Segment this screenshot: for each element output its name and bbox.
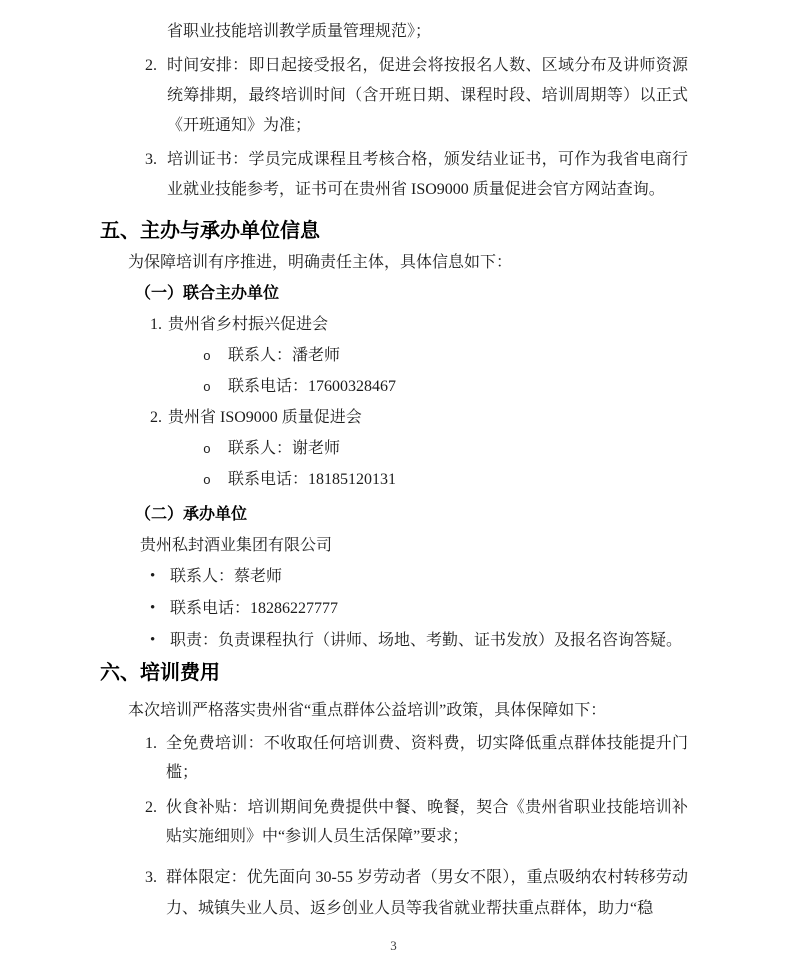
subsection-heading-2: （二）承办单位 xyxy=(100,499,688,530)
organizer-name: 贵州省 ISO9000 质量促进会 xyxy=(168,402,688,433)
list-item-text: 培训证书：学员完成课程且考核合格，颁发结业证书，可作为我省电商行业就业技能参考，… xyxy=(167,145,688,205)
circle-bullet: o xyxy=(203,434,211,465)
contact-text: 联系人：潘老师 xyxy=(228,340,688,371)
list-item-number: 2. xyxy=(145,51,157,81)
fee-item: 1. 全免费培训：不收取任何培训费、资料费，切实降低重点群体技能提升门槛； xyxy=(100,729,688,787)
list-item-number: 3. xyxy=(145,145,157,175)
detail-text: 联系人：蔡老师 xyxy=(170,561,688,593)
section-heading-5: 五、主办与承办单位信息 xyxy=(100,215,688,247)
dot-bullet: • xyxy=(150,592,155,624)
organizer-item: 1. 贵州省乡村振兴促进会 xyxy=(100,309,688,340)
document-content: 省职业技能培训教学质量管理规范》； 2. 时间安排：即日起接受报名，促进会将按报… xyxy=(100,15,688,924)
fee-item-text: 全免费培训：不收取任何培训费、资料费，切实降低重点群体技能提升门槛； xyxy=(166,729,688,787)
fee-item: 2. 伙食补贴：培训期间免费提供中餐、晚餐，契合《贵州省职业技能培训补贴实施细则… xyxy=(100,793,688,851)
list-item-number: 2. xyxy=(150,402,162,433)
contact-text: 联系电话：18185120131 xyxy=(228,464,688,495)
contact-text: 联系电话：17600328467 xyxy=(228,371,688,402)
list-item: 3. 培训证书：学员完成课程且考核合格，颁发结业证书，可作为我省电商行业就业技能… xyxy=(100,145,688,205)
list-item-number: 1. xyxy=(145,729,157,758)
list-item-number: 2. xyxy=(145,793,157,822)
document-page: 省职业技能培训教学质量管理规范》； 2. 时间安排：即日起接受报名，促进会将按报… xyxy=(0,0,787,969)
continuation-line: 省职业技能培训教学质量管理规范》； xyxy=(100,17,688,47)
detail-item: • 联系人：蔡老师 xyxy=(100,561,688,593)
contact-item: o 联系人：谢老师 xyxy=(100,433,688,464)
detail-item: • 职责：负责课程执行（讲师、场地、考勤、证书发放）及报名咨询答疑。 xyxy=(100,625,688,657)
detail-text: 联系电话：18286227777 xyxy=(170,593,688,625)
detail-text: 职责：负责课程执行（讲师、场地、考勤、证书发放）及报名咨询答疑。 xyxy=(170,625,688,657)
company-name: 贵州私封酒业集团有限公司 xyxy=(100,530,688,561)
contact-item: o 联系人：潘老师 xyxy=(100,340,688,371)
contact-item: o 联系电话：17600328467 xyxy=(100,371,688,402)
page-number: 3 xyxy=(0,938,787,954)
section-5-intro: 为保障培训有序推进，明确责任主体，具体信息如下： xyxy=(100,247,688,278)
list-item-number: 3. xyxy=(145,862,157,893)
section-heading-6: 六、培训费用 xyxy=(100,657,688,689)
circle-bullet: o xyxy=(203,372,211,403)
contact-text: 联系人：谢老师 xyxy=(228,433,688,464)
fee-item-text: 伙食补贴：培训期间免费提供中餐、晚餐，契合《贵州省职业技能培训补贴实施细则》中“… xyxy=(166,793,688,851)
detail-item: • 联系电话：18286227777 xyxy=(100,593,688,625)
subsection-heading-1: （一）联合主办单位 xyxy=(100,278,688,309)
dot-bullet: • xyxy=(150,560,155,592)
dot-bullet: • xyxy=(150,624,155,656)
section-6-intro: 本次培训严格落实贵州省“重点群体公益培训”政策，具体保障如下： xyxy=(100,695,688,726)
contact-item: o 联系电话：18185120131 xyxy=(100,464,688,495)
organizer-item: 2. 贵州省 ISO9000 质量促进会 xyxy=(100,402,688,433)
organizer-name: 贵州省乡村振兴促进会 xyxy=(168,309,688,340)
list-item: 2. 时间安排：即日起接受报名，促进会将按报名人数、区域分布及讲师资源统筹排期，… xyxy=(100,51,688,141)
circle-bullet: o xyxy=(203,341,211,372)
list-item-text: 时间安排：即日起接受报名，促进会将按报名人数、区域分布及讲师资源统筹排期，最终培… xyxy=(167,51,688,141)
fee-item: 3. 群体限定：优先面向 30-55 岁劳动者（男女不限），重点吸纳农村转移劳动… xyxy=(100,862,688,924)
circle-bullet: o xyxy=(203,465,211,496)
fee-item-text: 群体限定：优先面向 30-55 岁劳动者（男女不限），重点吸纳农村转移劳动力、城… xyxy=(166,862,688,924)
list-item-number: 1. xyxy=(150,309,162,340)
